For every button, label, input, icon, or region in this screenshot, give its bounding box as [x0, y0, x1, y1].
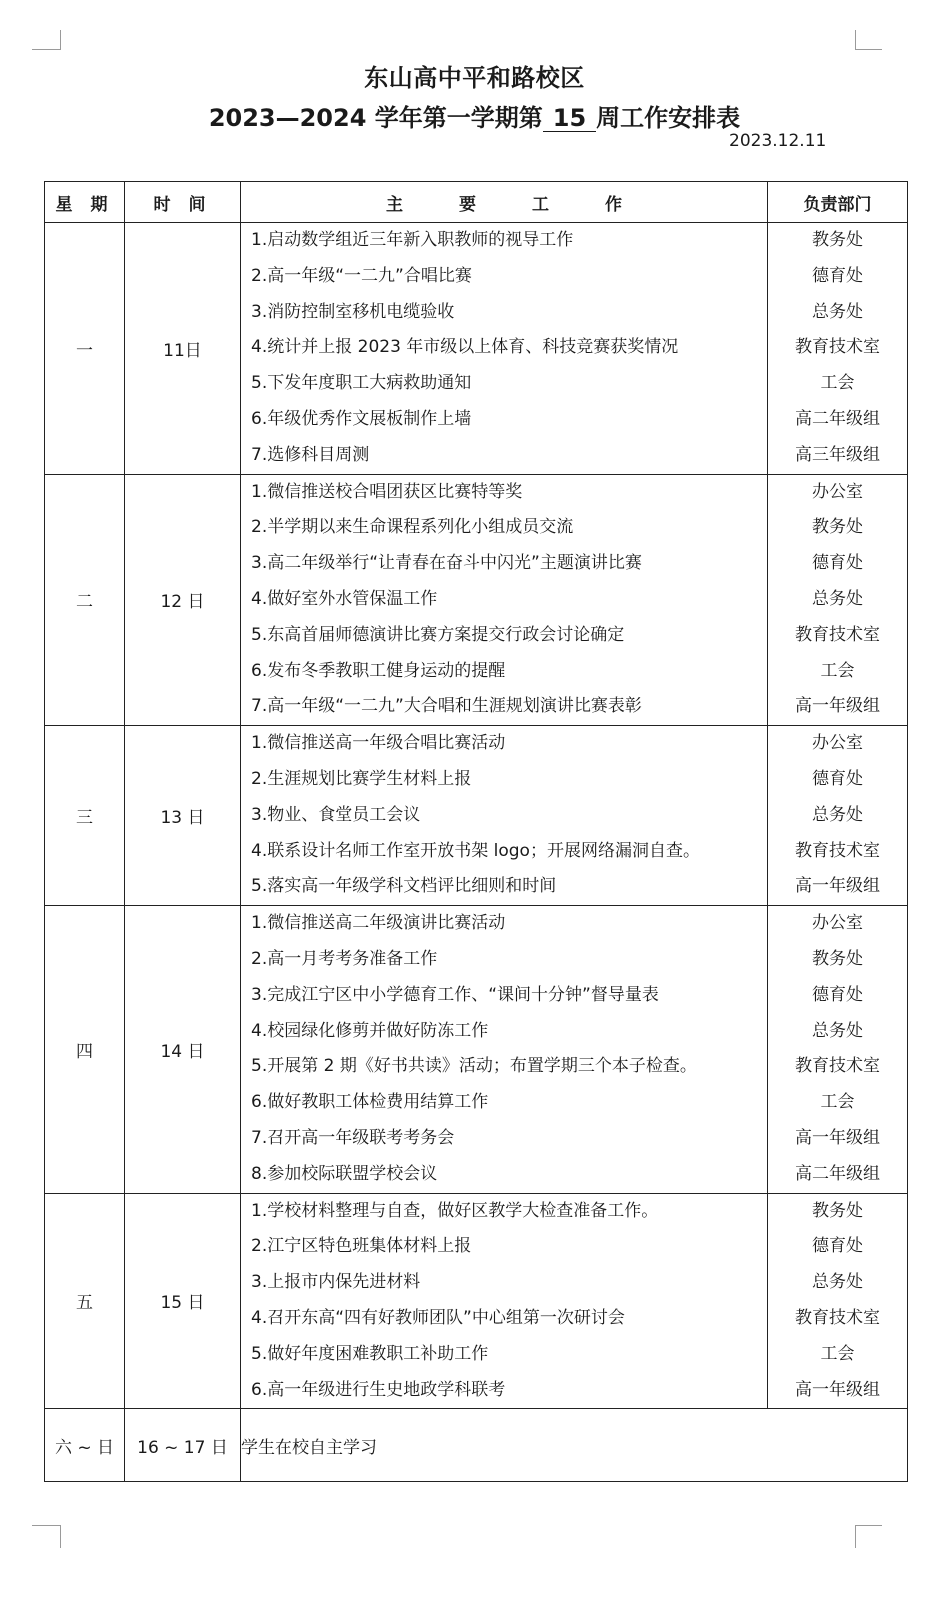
date-cell: 11日	[125, 223, 241, 475]
task-item: 6.年级优秀作文展板制作上墙	[241, 402, 767, 438]
department-label: 高二年级组	[768, 402, 907, 438]
table-row: 三13 日1.微信推送高一年级合唱比赛活动2.生涯规划比赛学生材料上报3.物业、…	[45, 726, 908, 906]
task-item: 1.微信推送高二年级演讲比赛活动	[241, 906, 767, 942]
task-item: 3.上报市内保先进材料	[241, 1265, 767, 1301]
task-item: 1.学校材料整理与自查，做好区教学大检查准备工作。	[241, 1194, 767, 1230]
weekday-cell: 三	[45, 726, 125, 906]
tasks-cell: 1.微信推送高二年级演讲比赛活动2.高一月考考务准备工作3.完成江宁区中小学德育…	[241, 906, 768, 1193]
table-row: 二12 日1.微信推送校合唱团获区比赛特等奖2.半学期以来生命课程系列化小组成员…	[45, 474, 908, 726]
task-item: 3.物业、食堂员工会议	[241, 798, 767, 834]
department-label: 工会	[768, 1085, 907, 1121]
document-title: 2023—2024 学年第一学期第15周工作安排表	[0, 98, 949, 133]
task-item: 1.启动数学组近三年新入职教师的视导工作	[241, 223, 767, 259]
department-label: 德育处	[768, 978, 907, 1014]
table-row: 五15 日1.学校材料整理与自查，做好区教学大检查准备工作。2.江宁区特色班集体…	[45, 1193, 908, 1409]
department-label: 教务处	[768, 510, 907, 546]
department-label: 总务处	[768, 295, 907, 331]
task-item: 4.统计并上报 2023 年市级以上体育、科技竞赛获奖情况	[241, 330, 767, 366]
task-item: 4.召开东高“四有好教师团队”中心组第一次研讨会	[241, 1301, 767, 1337]
task-item: 5.开展第 2 期《好书共读》活动；布置学期三个本子检查。	[241, 1049, 767, 1085]
title-suffix: 周工作安排表	[596, 104, 740, 132]
department-label: 工会	[768, 654, 907, 690]
department-label: 高一年级组	[768, 869, 907, 905]
department-label: 德育处	[768, 546, 907, 582]
departments-cell: 教务处德育处总务处教育技术室工会高一年级组	[768, 1193, 908, 1409]
date-cell: 15 日	[125, 1193, 241, 1409]
task-item: 2.高一月考考务准备工作	[241, 942, 767, 978]
department-label: 办公室	[768, 726, 907, 762]
department-label: 教育技术室	[768, 330, 907, 366]
date-cell: 13 日	[125, 726, 241, 906]
task-item: 2.半学期以来生命课程系列化小组成员交流	[241, 510, 767, 546]
task-item: 8.参加校际联盟学校会议	[241, 1157, 767, 1193]
department-label: 办公室	[768, 906, 907, 942]
department-label: 教育技术室	[768, 1049, 907, 1085]
weekend-row: 六 ~ 日16 ~ 17 日学生在校自主学习	[45, 1409, 908, 1482]
weekday-cell: 五	[45, 1193, 125, 1409]
week-number: 15	[543, 105, 596, 132]
header-department: 负责部门	[768, 182, 908, 223]
school-name: 东山高中平和路校区	[0, 58, 949, 93]
crop-mark-bottom-left	[32, 1525, 61, 1548]
department-label: 教育技术室	[768, 834, 907, 870]
weekend-task: 学生在校自主学习	[241, 1409, 908, 1482]
table-row: 四14 日1.微信推送高二年级演讲比赛活动2.高一月考考务准备工作3.完成江宁区…	[45, 906, 908, 1193]
table-row: 一11日1.启动数学组近三年新入职教师的视导工作2.高一年级“一二九”合唱比赛3…	[45, 223, 908, 475]
crop-mark-top-left	[32, 30, 61, 50]
task-item: 3.完成江宁区中小学德育工作、“课间十分钟”督导量表	[241, 978, 767, 1014]
tasks-cell: 1.微信推送高一年级合唱比赛活动2.生涯规划比赛学生材料上报3.物业、食堂员工会…	[241, 726, 768, 906]
department-label: 总务处	[768, 582, 907, 618]
department-label: 高一年级组	[768, 1121, 907, 1157]
task-item: 5.做好年度困难教职工补助工作	[241, 1337, 767, 1373]
task-item: 5.落实高一年级学科文档评比细则和时间	[241, 869, 767, 905]
department-label: 德育处	[768, 259, 907, 295]
weekday-cell: 二	[45, 474, 125, 726]
task-item: 1.微信推送校合唱团获区比赛特等奖	[241, 475, 767, 511]
department-label: 工会	[768, 366, 907, 402]
departments-cell: 教务处德育处总务处教育技术室工会高二年级组高三年级组	[768, 223, 908, 475]
weekday-cell: 四	[45, 906, 125, 1193]
document-date: 2023.12.11	[729, 131, 826, 151]
department-label: 高一年级组	[768, 1373, 907, 1409]
title-prefix: 2023—2024 学年第一学期第	[209, 104, 543, 132]
department-label: 总务处	[768, 1014, 907, 1050]
tasks-cell: 1.微信推送校合唱团获区比赛特等奖2.半学期以来生命课程系列化小组成员交流3.高…	[241, 474, 768, 726]
header-weekday: 星 期	[45, 182, 125, 223]
task-item: 4.做好室外水管保温工作	[241, 582, 767, 618]
departments-cell: 办公室教务处德育处总务处教育技术室工会高一年级组高二年级组	[768, 906, 908, 1193]
crop-mark-top-right	[855, 30, 882, 50]
task-item: 5.东高首届师德演讲比赛方案提交行政会讨论确定	[241, 618, 767, 654]
department-label: 德育处	[768, 1229, 907, 1265]
task-item: 3.消防控制室移机电缆验收	[241, 295, 767, 331]
tasks-cell: 1.学校材料整理与自查，做好区教学大检查准备工作。2.江宁区特色班集体材料上报3…	[241, 1193, 768, 1409]
task-item: 6.做好教职工体检费用结算工作	[241, 1085, 767, 1121]
date-cell: 16 ~ 17 日	[125, 1409, 241, 1482]
department-label: 工会	[768, 1337, 907, 1373]
task-item: 3.高二年级举行“让青春在奋斗中闪光”主题演讲比赛	[241, 546, 767, 582]
task-item: 7.召开高一年级联考考务会	[241, 1121, 767, 1157]
task-item: 7.高一年级“一二九”大合唱和生涯规划演讲比赛表彰	[241, 689, 767, 725]
task-item: 5.下发年度职工大病救助通知	[241, 366, 767, 402]
department-label: 办公室	[768, 475, 907, 511]
weekday-cell: 六 ~ 日	[45, 1409, 125, 1482]
task-item: 1.微信推送高一年级合唱比赛活动	[241, 726, 767, 762]
header-main-work: 主要工作	[241, 182, 768, 223]
departments-cell: 办公室教务处德育处总务处教育技术室工会高一年级组	[768, 474, 908, 726]
department-label: 高二年级组	[768, 1157, 907, 1193]
weekday-cell: 一	[45, 223, 125, 475]
header-time: 时 间	[125, 182, 241, 223]
department-label: 教育技术室	[768, 618, 907, 654]
task-item: 4.联系设计名师工作室开放书架 logo；开展网络漏洞自查。	[241, 834, 767, 870]
date-cell: 12 日	[125, 474, 241, 726]
tasks-cell: 1.启动数学组近三年新入职教师的视导工作2.高一年级“一二九”合唱比赛3.消防控…	[241, 223, 768, 475]
task-item: 7.选修科目周测	[241, 438, 767, 474]
task-item: 6.高一年级进行生史地政学科联考	[241, 1373, 767, 1409]
department-label: 总务处	[768, 798, 907, 834]
schedule-table: 星 期 时 间 主要工作 负责部门 一11日1.启动数学组近三年新入职教师的视导…	[44, 181, 908, 1482]
task-item: 2.江宁区特色班集体材料上报	[241, 1229, 767, 1265]
department-label: 教务处	[768, 223, 907, 259]
task-item: 2.高一年级“一二九”合唱比赛	[241, 259, 767, 295]
department-label: 高三年级组	[768, 438, 907, 474]
departments-cell: 办公室德育处总务处教育技术室高一年级组	[768, 726, 908, 906]
department-label: 教务处	[768, 942, 907, 978]
crop-mark-bottom-right	[855, 1525, 882, 1548]
department-label: 教育技术室	[768, 1301, 907, 1337]
task-item: 4.校园绿化修剪并做好防冻工作	[241, 1014, 767, 1050]
department-label: 高一年级组	[768, 689, 907, 725]
task-item: 2.生涯规划比赛学生材料上报	[241, 762, 767, 798]
department-label: 总务处	[768, 1265, 907, 1301]
date-cell: 14 日	[125, 906, 241, 1193]
task-item: 6.发布冬季教职工健身运动的提醒	[241, 654, 767, 690]
department-label: 德育处	[768, 762, 907, 798]
department-label: 教务处	[768, 1194, 907, 1230]
table-header-row: 星 期 时 间 主要工作 负责部门	[45, 182, 908, 223]
